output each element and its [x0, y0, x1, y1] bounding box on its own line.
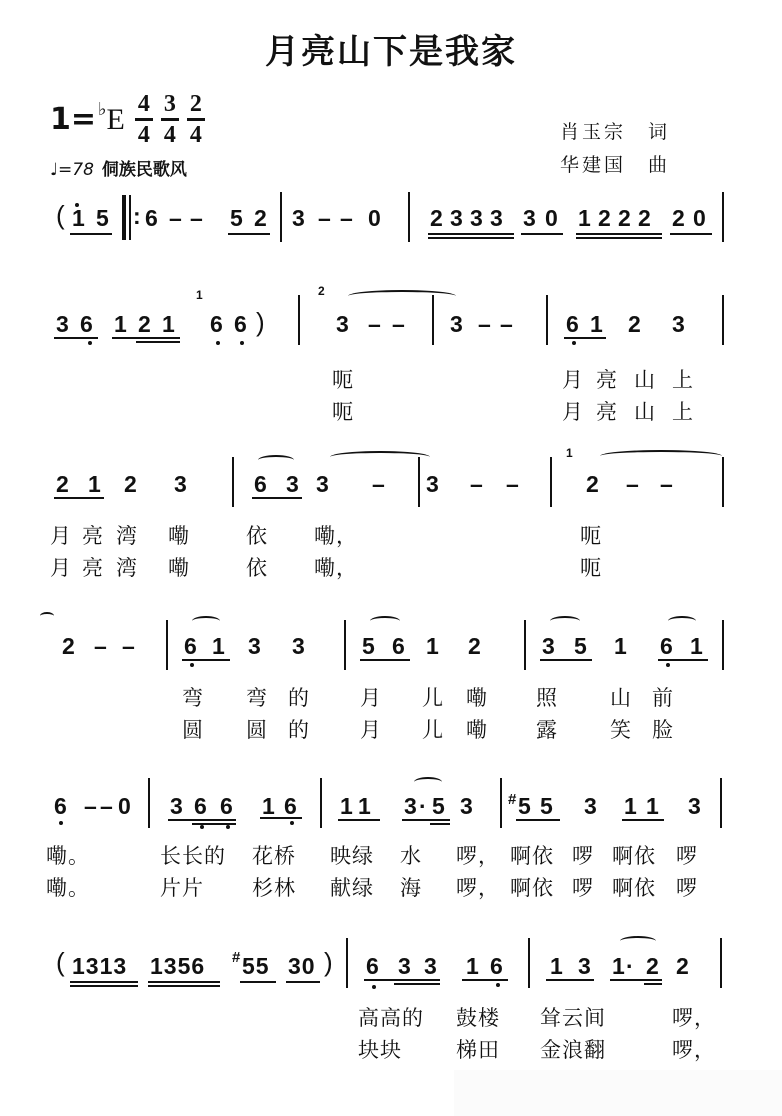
dash: – [392, 312, 405, 336]
note: 1 [340, 794, 353, 818]
low-octave-dot [372, 985, 376, 989]
note: 1 [614, 634, 627, 658]
lyric: 依 [246, 552, 268, 582]
faint-watermark-area [454, 1070, 782, 1116]
tie [330, 451, 430, 463]
lyric: 月 [562, 396, 584, 426]
barline [320, 778, 322, 828]
lyric: 啰， [672, 1002, 716, 1032]
note: 0 [118, 794, 131, 818]
note: 1 [262, 794, 275, 818]
open-paren: ( [56, 203, 65, 227]
note: 1 [114, 312, 127, 336]
note: 2 [598, 206, 611, 230]
note: 2 [138, 312, 151, 336]
barline [546, 295, 548, 345]
note: 6 [660, 634, 673, 658]
note: 1 [590, 312, 603, 336]
barline [280, 192, 282, 242]
low-octave-dot [59, 821, 63, 825]
note: 6 [184, 634, 197, 658]
lyric: 啊依 [612, 872, 656, 902]
lyric: 亮 [596, 396, 618, 426]
note: 1 [466, 954, 479, 978]
note: 6 [284, 794, 297, 818]
low-octave-dot [88, 341, 92, 345]
dash: – [626, 472, 639, 496]
lyric: 照 [536, 682, 558, 712]
lyric: 嘞 [466, 682, 488, 712]
note: 2 [638, 206, 651, 230]
note: 2 [430, 206, 443, 230]
note: 1 [624, 794, 637, 818]
style-label: 侗族民歌风 [102, 160, 187, 180]
low-octave-dot [666, 663, 670, 667]
beam [610, 979, 662, 981]
note-group: 55 [242, 954, 270, 978]
sharp-sign: # [508, 788, 516, 812]
barline [720, 938, 722, 988]
slur [414, 777, 442, 787]
lyric: 的 [288, 714, 310, 744]
lyric: 啰， [456, 872, 500, 902]
note: 0 [693, 206, 706, 230]
lyric: 呃 [580, 552, 602, 582]
barline [722, 295, 724, 345]
note: 3 [490, 206, 503, 230]
beam [148, 981, 220, 983]
beam [546, 979, 594, 981]
lyric: 上 [672, 396, 694, 426]
lyric: 嘞。 [46, 840, 90, 870]
beam [338, 819, 380, 821]
beam [240, 981, 276, 983]
lyric: 啰 [572, 872, 594, 902]
slur [550, 616, 580, 626]
barline [148, 778, 150, 828]
composer-role: 曲 [648, 154, 670, 176]
note: 3 [424, 954, 437, 978]
key-note: E [107, 103, 125, 137]
barline [408, 192, 410, 242]
beam-16th [576, 237, 662, 239]
dash: – [122, 634, 135, 658]
note: 6 [254, 472, 267, 496]
augmentation-dot: · [626, 954, 634, 978]
lyric: 水 [400, 840, 422, 870]
barline [298, 295, 300, 345]
lyric: 嘞 [466, 714, 488, 744]
note: 2 [62, 634, 75, 658]
beam-16th [70, 985, 138, 987]
lyric: 金浪翻 [540, 1034, 606, 1064]
open-paren: ( [56, 950, 65, 974]
volta-1: 1 [196, 290, 203, 301]
lyricist-role: 词 [648, 121, 670, 143]
note: 6 [392, 634, 405, 658]
lyric: 嘞 [168, 520, 190, 550]
note: 3 [584, 794, 597, 818]
note: 3 [170, 794, 183, 818]
repeat-barline-thick [122, 195, 126, 240]
beam-16th [428, 237, 514, 239]
lyric: 啰， [672, 1034, 716, 1064]
note: 1 [578, 206, 591, 230]
lyric: 亮 [82, 552, 104, 582]
beam [364, 979, 440, 981]
lyric: 啊依 [510, 872, 554, 902]
beam-16th [136, 341, 180, 343]
lyric: 前 [652, 682, 674, 712]
note: 2 [254, 206, 267, 230]
low-octave-dot [240, 341, 244, 345]
lyric: 啰 [572, 840, 594, 870]
lyric: 儿 [422, 682, 444, 712]
lyric: 杉林 [252, 872, 296, 902]
lyric: 鼓楼 [456, 1002, 500, 1032]
note: 3 [688, 794, 701, 818]
dash: – [660, 472, 673, 496]
lyric: 山 [634, 364, 656, 394]
note: 2 [672, 206, 685, 230]
beam [540, 659, 592, 661]
note: 6 [220, 794, 233, 818]
lyric: 啊依 [510, 840, 554, 870]
note: 3 [542, 634, 555, 658]
beam [228, 233, 270, 235]
beam-16th [430, 823, 450, 825]
slur [258, 455, 294, 465]
low-octave-dot [216, 341, 220, 345]
tempo-marking: ♩=78侗族民歌风 [50, 155, 187, 180]
lyric: 亮 [82, 520, 104, 550]
note: 6 [145, 206, 158, 230]
low-octave-dot [290, 821, 294, 825]
beam [521, 233, 563, 235]
lyric: 湾 [116, 552, 138, 582]
lyric: 块块 [358, 1034, 402, 1064]
song-title: 月亮山下是我家 [0, 24, 782, 73]
note: 1 [212, 634, 225, 658]
beam [112, 337, 180, 339]
slur [192, 616, 220, 626]
lyric: 的 [288, 682, 310, 712]
barline [232, 457, 234, 507]
flat-sign: ♭ [98, 99, 107, 120]
beam [286, 981, 320, 983]
note: 3 [450, 206, 463, 230]
tempo-value: ♩=78 [50, 160, 94, 180]
low-octave-dot [496, 983, 500, 987]
lyric: 长长的 [160, 840, 226, 870]
note: 1 [88, 472, 101, 496]
lyric: 山 [610, 682, 632, 712]
beam [54, 337, 98, 339]
high-octave-dot [75, 203, 79, 207]
low-octave-dot [190, 663, 194, 667]
note: 3 [56, 312, 69, 336]
lyric: 月 [50, 552, 72, 582]
lyric: 笑 [610, 714, 632, 744]
note: 6 [80, 312, 93, 336]
note: 6 [366, 954, 379, 978]
barline [722, 457, 724, 507]
close-paren: ) [324, 950, 333, 974]
note: 2 [618, 206, 631, 230]
dash: – [94, 634, 107, 658]
beam-16th [148, 985, 220, 987]
lyric: 呃 [580, 520, 602, 550]
dash: – [478, 312, 491, 336]
lyric: 圆 [182, 714, 204, 744]
dash: – [470, 472, 483, 496]
lyric: 梯田 [456, 1034, 500, 1064]
tie [600, 450, 722, 462]
barline [524, 620, 526, 670]
beam [516, 819, 560, 821]
note: 1 [646, 794, 659, 818]
barline [528, 938, 530, 988]
volta-2: 2 [318, 286, 325, 297]
note-group: 1313 [72, 954, 127, 978]
note: 1 [612, 954, 625, 978]
note: 1 [72, 206, 85, 230]
lyric: 嘞 [168, 552, 190, 582]
note: 2 [124, 472, 137, 496]
note: 2 [468, 634, 481, 658]
tie-continuation [40, 612, 54, 620]
note: 3 [336, 312, 349, 336]
lyric: 花桥 [252, 840, 296, 870]
dash: – [190, 206, 203, 230]
note: 6 [566, 312, 579, 336]
note: 1 [550, 954, 563, 978]
barline [432, 295, 434, 345]
repeat-colon: : [133, 204, 141, 228]
time-signature-3-4: 34 [161, 92, 179, 147]
lyric: 月 [50, 520, 72, 550]
time-signature-2-4: 24 [187, 92, 205, 147]
note: 3 [316, 472, 329, 496]
barline [500, 778, 502, 828]
note: 3 [404, 794, 417, 818]
lyric: 露 [536, 714, 558, 744]
barline [550, 457, 552, 507]
key-label: 1= [50, 102, 96, 137]
augmentation-dot: · [419, 794, 427, 818]
tie [348, 290, 456, 302]
note: 3 [398, 954, 411, 978]
beam [168, 819, 236, 821]
barline [166, 620, 168, 670]
note: 3 [672, 312, 685, 336]
beam [70, 981, 138, 983]
lyric: 耸云间 [540, 1002, 606, 1032]
note: 2 [56, 472, 69, 496]
barline [344, 620, 346, 670]
note: 6 [54, 794, 67, 818]
lyric: 月 [360, 714, 382, 744]
dash: – [340, 206, 353, 230]
note: 5 [432, 794, 445, 818]
lyric: 啰 [676, 840, 698, 870]
beam [252, 497, 302, 499]
close-paren: ) [256, 310, 265, 334]
dash: – [506, 472, 519, 496]
lyric: 山 [634, 396, 656, 426]
key-and-time-signature: 1= ♭ E 44 34 24 [50, 92, 209, 147]
lyric: 湾 [116, 520, 138, 550]
low-octave-dot [572, 341, 576, 345]
lyric: 呃 [332, 396, 354, 426]
note: 2 [586, 472, 599, 496]
note: 3 [460, 794, 473, 818]
barline [720, 778, 722, 828]
dash: – [100, 794, 113, 818]
lyric: 上 [672, 364, 694, 394]
note: 5 [362, 634, 375, 658]
note: 5 [96, 206, 109, 230]
lyric: 啊依 [612, 840, 656, 870]
beam-16th [394, 983, 440, 985]
note: 3 [578, 954, 591, 978]
beam [182, 659, 230, 661]
note: 0 [545, 206, 558, 230]
note: 3 [292, 206, 305, 230]
lyric: 片片 [160, 872, 204, 902]
beam [402, 819, 450, 821]
beam [428, 233, 514, 235]
dash: – [368, 312, 381, 336]
lyric: 映绿 [330, 840, 374, 870]
lyric: 儿 [422, 714, 444, 744]
barline [346, 938, 348, 988]
barline [722, 620, 724, 670]
note: 5 [574, 634, 587, 658]
beam [576, 233, 662, 235]
slur [668, 616, 696, 626]
lyric: 嘞。 [46, 872, 90, 902]
sharp-sign: # [232, 946, 240, 970]
composer-credit: 华建国曲 [560, 150, 670, 177]
lyric: 亮 [596, 364, 618, 394]
barline [418, 457, 420, 507]
lyric: 弯 [182, 682, 204, 712]
note: 2 [676, 954, 689, 978]
beam [360, 659, 410, 661]
lyric: 嘞， [314, 520, 358, 550]
note: 3 [470, 206, 483, 230]
lyric: 啰， [456, 840, 500, 870]
beam-16th [644, 983, 662, 985]
note: 2 [646, 954, 659, 978]
note: 6 [210, 312, 223, 336]
note: 3 [286, 472, 299, 496]
lyric: 啰 [676, 872, 698, 902]
dash: – [169, 206, 182, 230]
dash: – [500, 312, 513, 336]
dash: – [84, 794, 97, 818]
lyric: 月 [360, 682, 382, 712]
note: 3 [426, 472, 439, 496]
volta-1: 1 [566, 448, 573, 459]
beam [564, 337, 606, 339]
dash: – [372, 472, 385, 496]
note-group: 1356 [150, 954, 205, 978]
lyric: 月 [562, 364, 584, 394]
lyric: 脸 [652, 714, 674, 744]
note: 0 [368, 206, 381, 230]
beam [658, 659, 708, 661]
note: 1 [690, 634, 703, 658]
slur [370, 616, 400, 626]
note: 3 [248, 634, 261, 658]
note: 1 [162, 312, 175, 336]
lyric: 海 [400, 872, 422, 902]
note: 5 [230, 206, 243, 230]
lyric: 弯 [246, 682, 268, 712]
beam-16th [192, 823, 236, 825]
note: 5 [518, 794, 531, 818]
low-octave-dot [200, 825, 204, 829]
repeat-barline [129, 195, 131, 240]
dash: – [318, 206, 331, 230]
note: 2 [628, 312, 641, 336]
lyric: 呃 [332, 364, 354, 394]
beam [54, 497, 104, 499]
lyric: 献绿 [330, 872, 374, 902]
note: 3 [450, 312, 463, 336]
beam [670, 233, 712, 235]
note: 1 [358, 794, 371, 818]
beam [462, 979, 508, 981]
lyric: 依 [246, 520, 268, 550]
beam [622, 819, 664, 821]
note: 6 [194, 794, 207, 818]
note: 3 [523, 206, 536, 230]
lyric: 高高的 [358, 1002, 424, 1032]
composer-name: 华建国 [560, 154, 626, 176]
lyric: 嘞， [314, 552, 358, 582]
slur [620, 936, 656, 946]
note-group: 30 [288, 954, 316, 978]
beam [70, 233, 112, 235]
lyricist-name: 肖玉宗 [560, 121, 626, 143]
note: 6 [490, 954, 503, 978]
low-octave-dot [226, 825, 230, 829]
note: 1 [426, 634, 439, 658]
lyric: 圆 [246, 714, 268, 744]
note: 6 [234, 312, 247, 336]
time-signature-4-4: 44 [135, 92, 153, 147]
note: 3 [292, 634, 305, 658]
lyricist-credit: 肖玉宗词 [560, 117, 670, 144]
note: 5 [540, 794, 553, 818]
barline [722, 192, 724, 242]
beam [260, 817, 302, 819]
note: 3 [174, 472, 187, 496]
